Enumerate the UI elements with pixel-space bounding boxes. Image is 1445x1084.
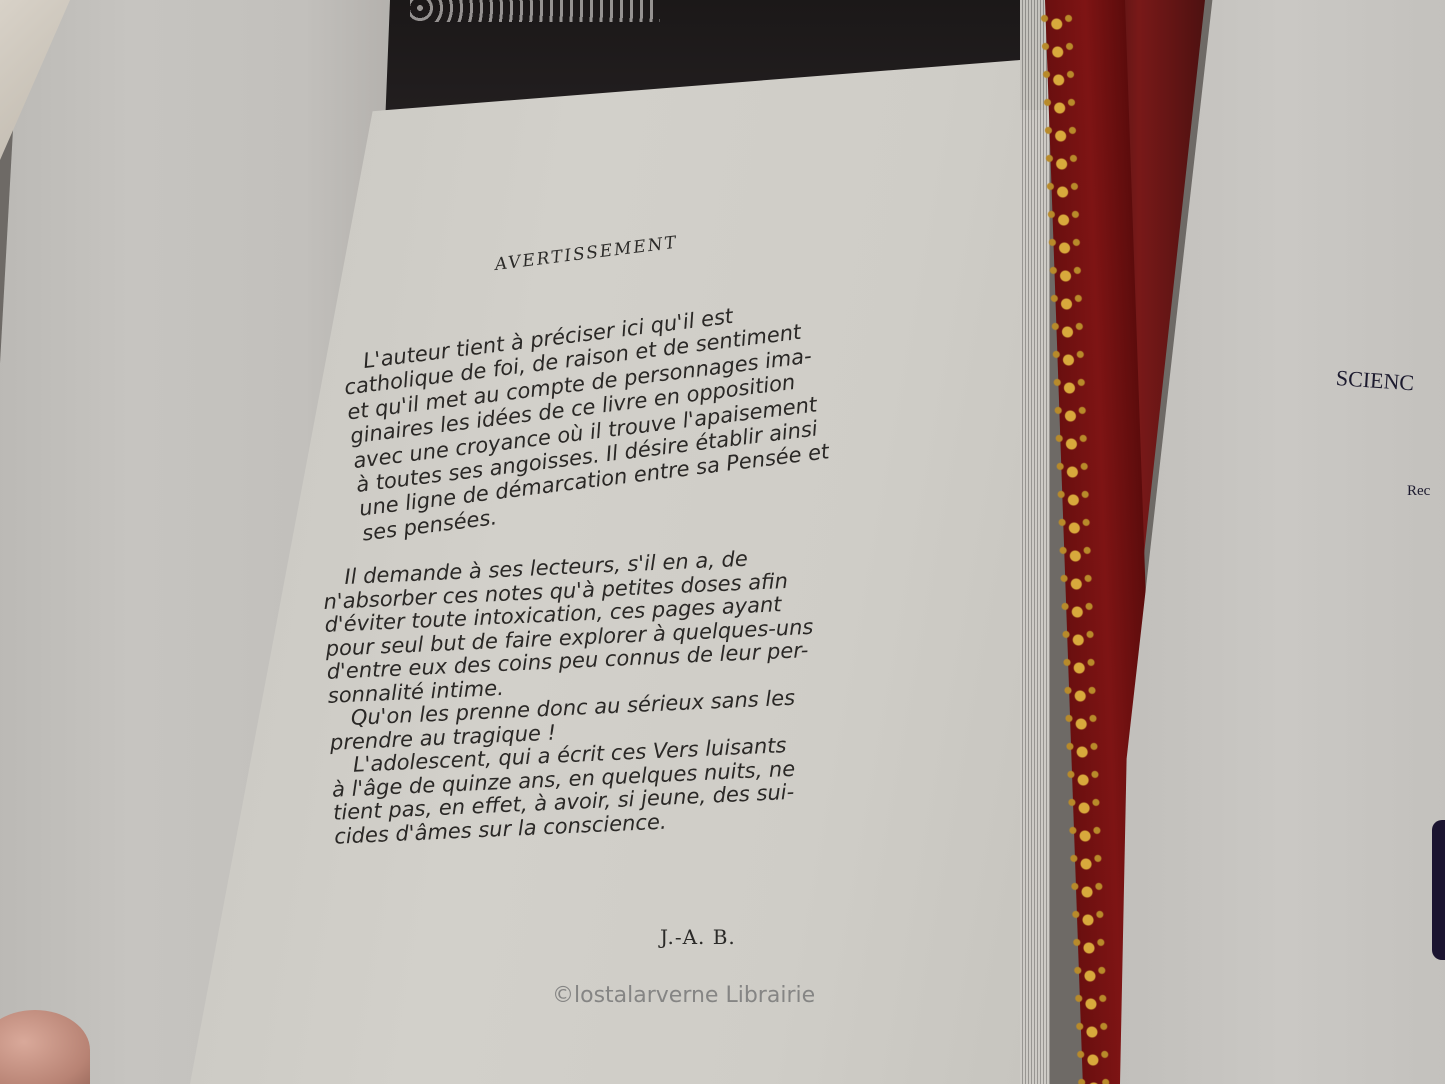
lower-paragraphs: Il demande à ses lecteurs, s'il en a, de…	[322, 544, 834, 848]
right-page-dark-mark	[1432, 820, 1445, 960]
book-photo: AVERTISSEMENT L'auteur tient à préciser …	[0, 0, 1445, 1084]
right-page-subtext: Rec	[1407, 483, 1430, 500]
right-page-heading: SCIENC	[1335, 365, 1415, 396]
signature: J.-A. B.	[660, 925, 736, 949]
lace-trim	[410, 0, 660, 22]
watermark: ©lostalarverne Librairie	[552, 983, 815, 1008]
